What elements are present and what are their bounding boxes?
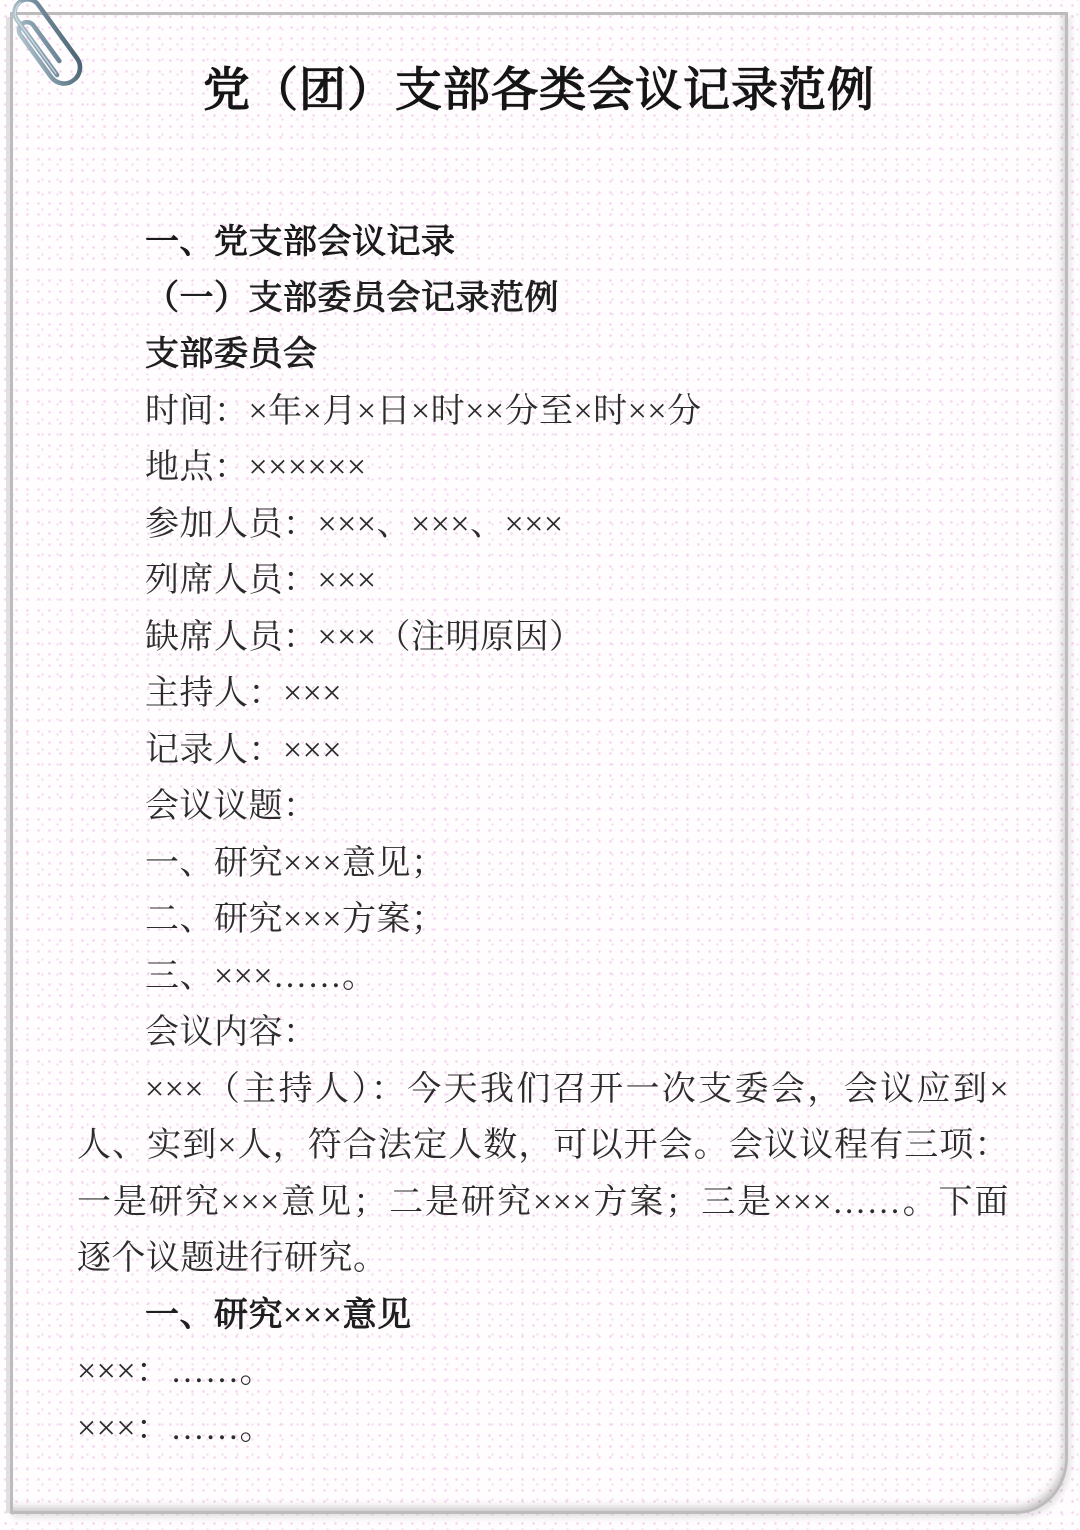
speech-line: ×××：……。 — [77, 1344, 1009, 1401]
content-paragraph: ×××（主持人）：今天我们召开一次支委会，会议应到×人、实到×人，符合法定人数，… — [77, 1062, 1009, 1288]
meta-line-host: 主持人：××× — [77, 666, 1009, 723]
meta-line-time: 时间：×年×月×日×时××分至×时××分 — [77, 384, 1009, 441]
paper-sheet: 党（团）支部各类会议记录范例 一、党支部会议记录 （一）支部委员会记录范例 支部… — [10, 12, 1068, 1514]
subsection-heading: （一）支部委员会记录范例 — [77, 271, 1009, 328]
meta-line-observers: 列席人员：××× — [77, 553, 1009, 610]
speech-line: ×××：……。 — [77, 1401, 1009, 1458]
content-label: 会议内容： — [77, 1005, 1009, 1062]
meta-line-absentees: 缺席人员：×××（注明原因） — [77, 610, 1009, 667]
meta-line-place: 地点：×××××× — [77, 440, 1009, 497]
agenda-label: 会议议题： — [77, 779, 1009, 836]
agenda-item: 一、研究×××意见； — [77, 836, 1009, 893]
agenda-item: 三、×××……。 — [77, 949, 1009, 1006]
topic-heading: 一、研究×××意见 — [77, 1288, 1009, 1345]
meta-line-recorder: 记录人：××× — [77, 723, 1009, 780]
block-heading: 支部委员会 — [77, 327, 1009, 384]
page-background: { "page": { "background_color": "#fffdfe… — [0, 0, 1080, 1530]
section-heading: 一、党支部会议记录 — [77, 214, 1009, 271]
agenda-item: 二、研究×××方案； — [77, 892, 1009, 949]
meta-line-attendees: 参加人员：×××、×××、××× — [77, 497, 1009, 554]
document-body: 一、党支部会议记录 （一）支部委员会记录范例 支部委员会 时间：×年×月×日×时… — [13, 214, 1065, 1457]
document-title: 党（团）支部各类会议记录范例 — [33, 67, 1045, 116]
